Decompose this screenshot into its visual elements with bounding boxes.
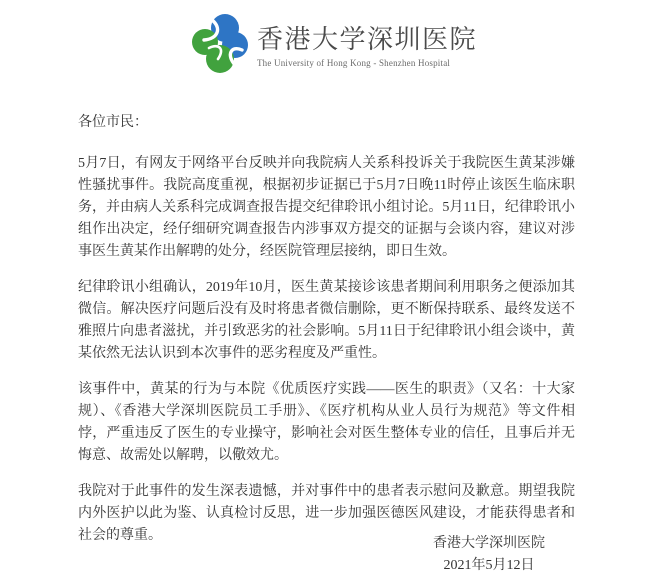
hospital-title: 香港大学深圳医院	[257, 26, 477, 55]
letter-paragraph-3: 该事件中，黄某的行为与本院《优质医疗实践——医生的职责》（又名：十大家规）、《香…	[78, 379, 575, 467]
hospital-header: 香港大学深圳医院 The University of Hong Kong - S…	[10, 0, 649, 74]
announcement-body: 各位市民： 5月7日，有网友于网络平台反映并向我院病人关系科投诉关于我院医生黄某…	[78, 112, 575, 547]
letter-paragraph-2: 纪律聆讯小组确认，2019年10月，医生黄某接诊该患者期间利用职务之便添加其微信…	[78, 277, 575, 365]
hospital-subtitle: The University of Hong Kong - Shenzhen H…	[257, 58, 477, 68]
signature-block: 香港大学深圳医院 2021年5月12日	[433, 533, 545, 577]
letter-paragraph-1: 5月7日，有网友于网络平台反映并向我院病人关系科投诉关于我院医生黄某涉嫌性骚扰事…	[78, 153, 575, 263]
salutation: 各位市民：	[78, 112, 575, 134]
hospital-clover-logo-icon	[192, 13, 248, 74]
signature-name: 香港大学深圳医院	[433, 533, 545, 555]
hospital-header-text: 香港大学深圳医院 The University of Hong Kong - S…	[257, 13, 477, 68]
signature-date: 2021年5月12日	[433, 555, 545, 577]
